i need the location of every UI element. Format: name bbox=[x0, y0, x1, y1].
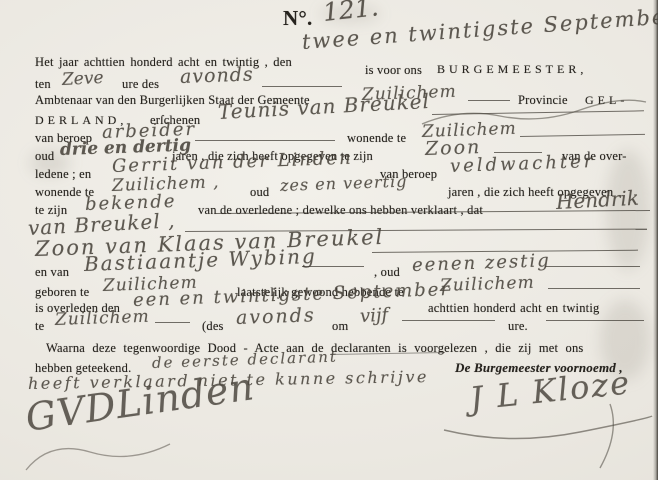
hw-beroep2-entry: veldwachter bbox=[450, 151, 596, 177]
hw-death-daypart-entry: avonds bbox=[236, 304, 316, 329]
hw-death-place-entry: Zuilichem bbox=[55, 307, 150, 330]
fill-line bbox=[155, 322, 190, 323]
printed-ten: ten bbox=[35, 77, 51, 92]
fill-line bbox=[546, 320, 644, 321]
printed-om: om bbox=[332, 319, 348, 334]
printed-jaar-slot: achttien honderd acht en twintig bbox=[428, 301, 599, 316]
hw-age2-entry: zes en veertig bbox=[280, 172, 408, 195]
hw-daypart-entry: avonds bbox=[180, 63, 254, 88]
act-number-value: 121. bbox=[321, 0, 379, 27]
act-number-label: N°. bbox=[283, 6, 312, 31]
death-certificate-scan: N°. 121. twee en twintigste September He… bbox=[0, 0, 658, 480]
fill-line bbox=[520, 134, 645, 137]
printed-geboren-te: geboren te bbox=[35, 285, 89, 300]
printed-is-voor-ons: is voor ons bbox=[365, 63, 422, 78]
printed-en-van: en van bbox=[35, 265, 69, 280]
printed-komma-oud: , oud bbox=[374, 265, 400, 280]
printed-te-2: te bbox=[35, 319, 44, 334]
fill-line bbox=[195, 140, 335, 141]
hw-hour-entry: Zeve bbox=[61, 68, 104, 90]
signature-flourish bbox=[20, 430, 200, 475]
printed-wonende-te-1: wonende te bbox=[347, 131, 406, 146]
signature-underline-flourish bbox=[440, 402, 655, 472]
fill-line bbox=[262, 86, 342, 87]
printed-ure-des: ure des bbox=[122, 77, 159, 92]
printed-des: (des bbox=[202, 319, 224, 334]
printed-oud-2: oud bbox=[250, 185, 269, 200]
hw-death-hour-entry: vijf bbox=[359, 305, 388, 327]
hw-residence-entry: Zuilichem bbox=[440, 273, 535, 296]
fill-line bbox=[545, 266, 640, 267]
fill-line bbox=[548, 288, 640, 289]
printed-oud-1: oud bbox=[35, 149, 54, 164]
printed-ure-punt: ure. bbox=[508, 319, 528, 334]
fill-line bbox=[302, 266, 364, 267]
printed-ledene-en: ledene ; en bbox=[35, 167, 91, 182]
fill-line bbox=[402, 320, 495, 321]
printed-burgemeester: BURGEMEESTER, bbox=[437, 62, 587, 77]
